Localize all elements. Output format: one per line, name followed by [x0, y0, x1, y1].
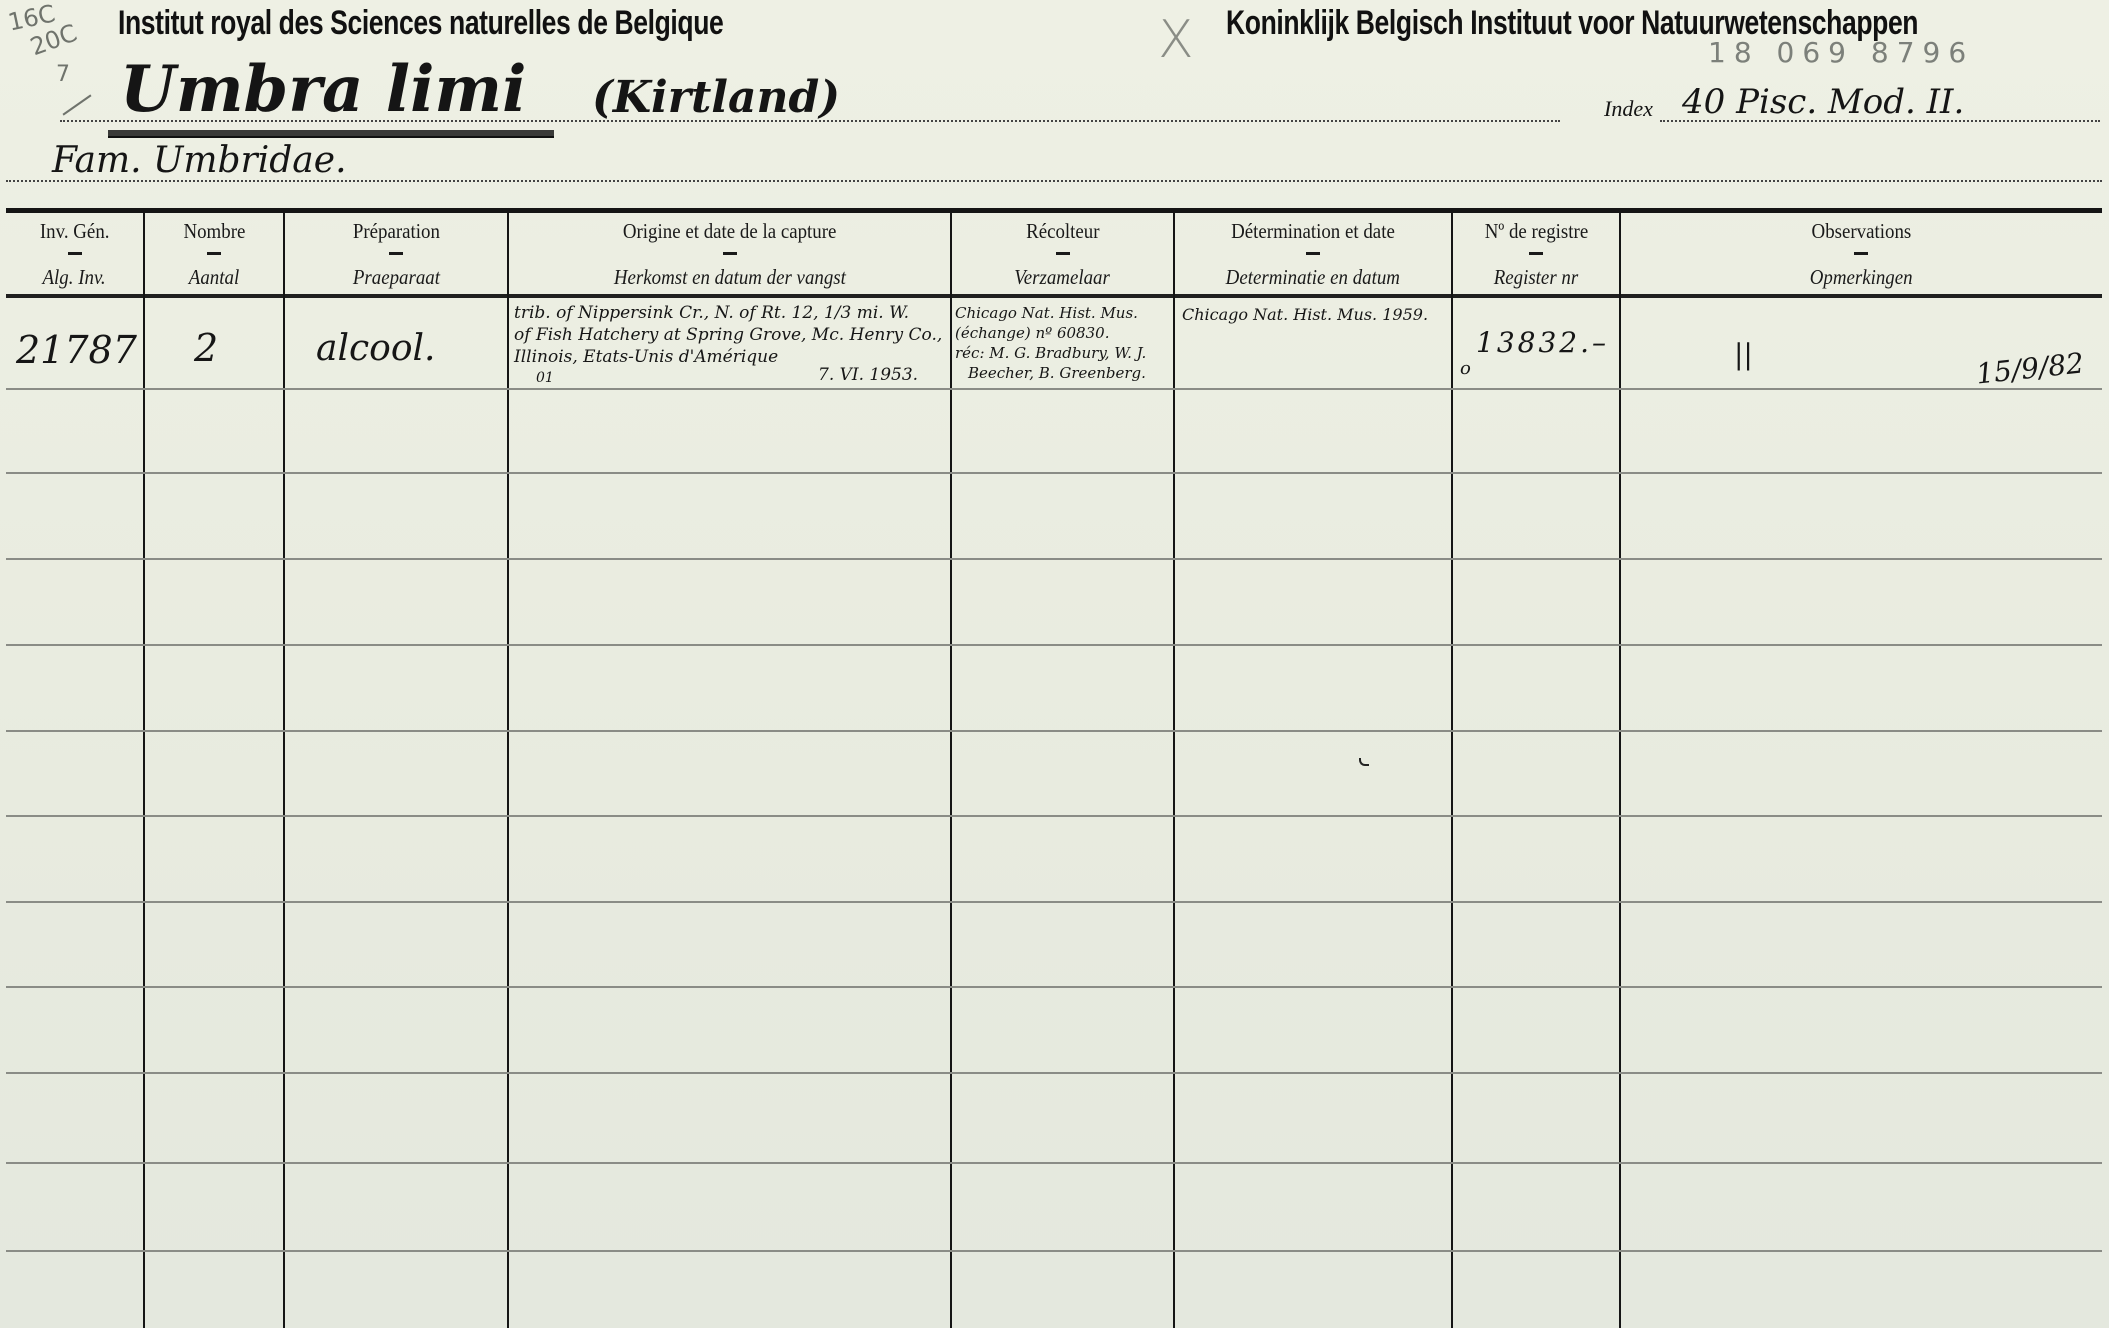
column-header-inv-gen: Inv. Gén. Alg. Inv.	[6, 212, 143, 296]
header-dash	[723, 252, 737, 255]
column-divider	[1173, 212, 1175, 1328]
cell-nombre: 2	[194, 326, 218, 370]
row-rule	[6, 1250, 2102, 1252]
column-header-origine: Origine et date de la capture Herkomst e…	[509, 212, 950, 296]
cell-origine-pencil: 01	[536, 370, 554, 386]
header-fr: Récolteur	[1026, 219, 1099, 244]
species-name: Umbra limi	[120, 52, 526, 127]
cell-registre: 13832.–	[1476, 326, 1609, 359]
header-dash	[389, 252, 403, 255]
index-label: Index	[1604, 96, 1653, 122]
header-fr: Nombre	[183, 219, 245, 244]
margin-note-3: 7	[56, 62, 70, 87]
header-nl: Verzamelaar	[1015, 265, 1111, 290]
cell-registre-pencil: o	[1460, 358, 1471, 379]
row-rule	[6, 1072, 2102, 1074]
stray-mark	[1359, 758, 1369, 766]
column-header-registre: Nº de registre Register nr	[1453, 212, 1619, 296]
column-header-preparation: Préparation Praeparaat	[285, 212, 507, 296]
row-rule	[6, 815, 2102, 817]
cell-recolteur-line-2: (échange) nº 60830.	[955, 322, 1109, 344]
header-fr: Origine et date de la capture	[623, 219, 837, 244]
family-dotted-line	[6, 180, 2102, 182]
row-rule	[6, 472, 2102, 474]
header-dash	[1854, 252, 1868, 255]
column-divider	[507, 212, 509, 1328]
header-nl: Aantal	[189, 265, 239, 290]
index-dotted-line	[1660, 120, 2100, 122]
cell-observations-mark: ||	[1734, 338, 1753, 371]
row-rule	[6, 901, 2102, 903]
header-dash	[1056, 252, 1070, 255]
catalog-number: 18 069 8796	[1708, 36, 1974, 69]
cell-determination: Chicago Nat. Hist. Mus. 1959.	[1182, 304, 1428, 326]
cell-recolteur-line-4: Beecher, B. Greenberg.	[968, 362, 1146, 384]
column-header-determination: Détermination et date Determinatie en da…	[1175, 212, 1451, 296]
pencil-cross-mark: X	[1158, 10, 1194, 70]
row-rule	[6, 558, 2102, 560]
row-rule	[6, 1162, 2102, 1164]
column-divider	[143, 212, 145, 1328]
row-rule	[6, 388, 2102, 390]
cell-origine-date: 7. VI. 1953.	[818, 364, 918, 386]
header-fr: Observations	[1811, 219, 1911, 244]
header-fr: Nº de registre	[1484, 219, 1587, 244]
cell-inv-gen: 21787	[16, 328, 137, 372]
cell-origine-line-2: of Fish Hatchery at Spring Grove, Mc. He…	[514, 324, 942, 346]
row-rule	[6, 644, 2102, 646]
column-divider	[1619, 212, 1621, 1328]
cell-origine-line-1: trib. of Nippersink Cr., N. of Rt. 12, 1…	[514, 302, 909, 324]
header-fr: Inv. Gén.	[40, 219, 110, 244]
header-nl: Register nr	[1494, 265, 1579, 290]
header-fr: Détermination et date	[1231, 219, 1395, 244]
header-nl: Praeparaat	[352, 265, 439, 290]
pencil-tick-mark	[63, 94, 92, 115]
cell-recolteur-line-1: Chicago Nat. Hist. Mus.	[955, 302, 1138, 324]
header-dash	[207, 252, 221, 255]
column-header-recolteur: Récolteur Verzamelaar	[952, 212, 1173, 296]
species-author: (Kirtland)	[592, 72, 840, 123]
index-value: 40 Pisc. Mod. II.	[1682, 82, 1964, 122]
header-dash	[1529, 252, 1543, 255]
column-divider	[1451, 212, 1453, 1328]
header-nl: Alg. Inv.	[43, 265, 106, 290]
cell-recolteur-line-3: réc: M. G. Bradbury, W. J.	[955, 342, 1146, 364]
header-nl: Herkomst en datum der vangst	[613, 265, 845, 290]
header-dash	[68, 252, 82, 255]
column-divider	[283, 212, 285, 1328]
column-header-observations: Observations Opmerkingen	[1621, 212, 2101, 296]
species-dotted-line	[60, 120, 1560, 122]
family-name: Fam. Umbridae.	[52, 140, 347, 181]
specimen-card: 16C 20C 7 Institut royal des Sciences na…	[0, 0, 2109, 1328]
species-underline	[108, 130, 554, 138]
column-header-nombre: Nombre Aantal	[145, 212, 283, 296]
cell-preparation: alcool.	[316, 328, 435, 369]
header-dash	[1306, 252, 1320, 255]
institution-title-fr: Institut royal des Sciences naturelles d…	[118, 4, 723, 43]
cell-observations-date: 15/9/82	[1975, 346, 2086, 390]
cell-origine-line-3: Illinois, Etats-Unis d'Amérique	[514, 346, 778, 368]
row-rule	[6, 730, 2102, 732]
row-rule	[6, 986, 2102, 988]
header-nl: Opmerkingen	[1810, 265, 1913, 290]
column-divider	[950, 212, 952, 1328]
header-fr: Préparation	[352, 219, 439, 244]
header-nl: Determinatie en datum	[1226, 265, 1400, 290]
